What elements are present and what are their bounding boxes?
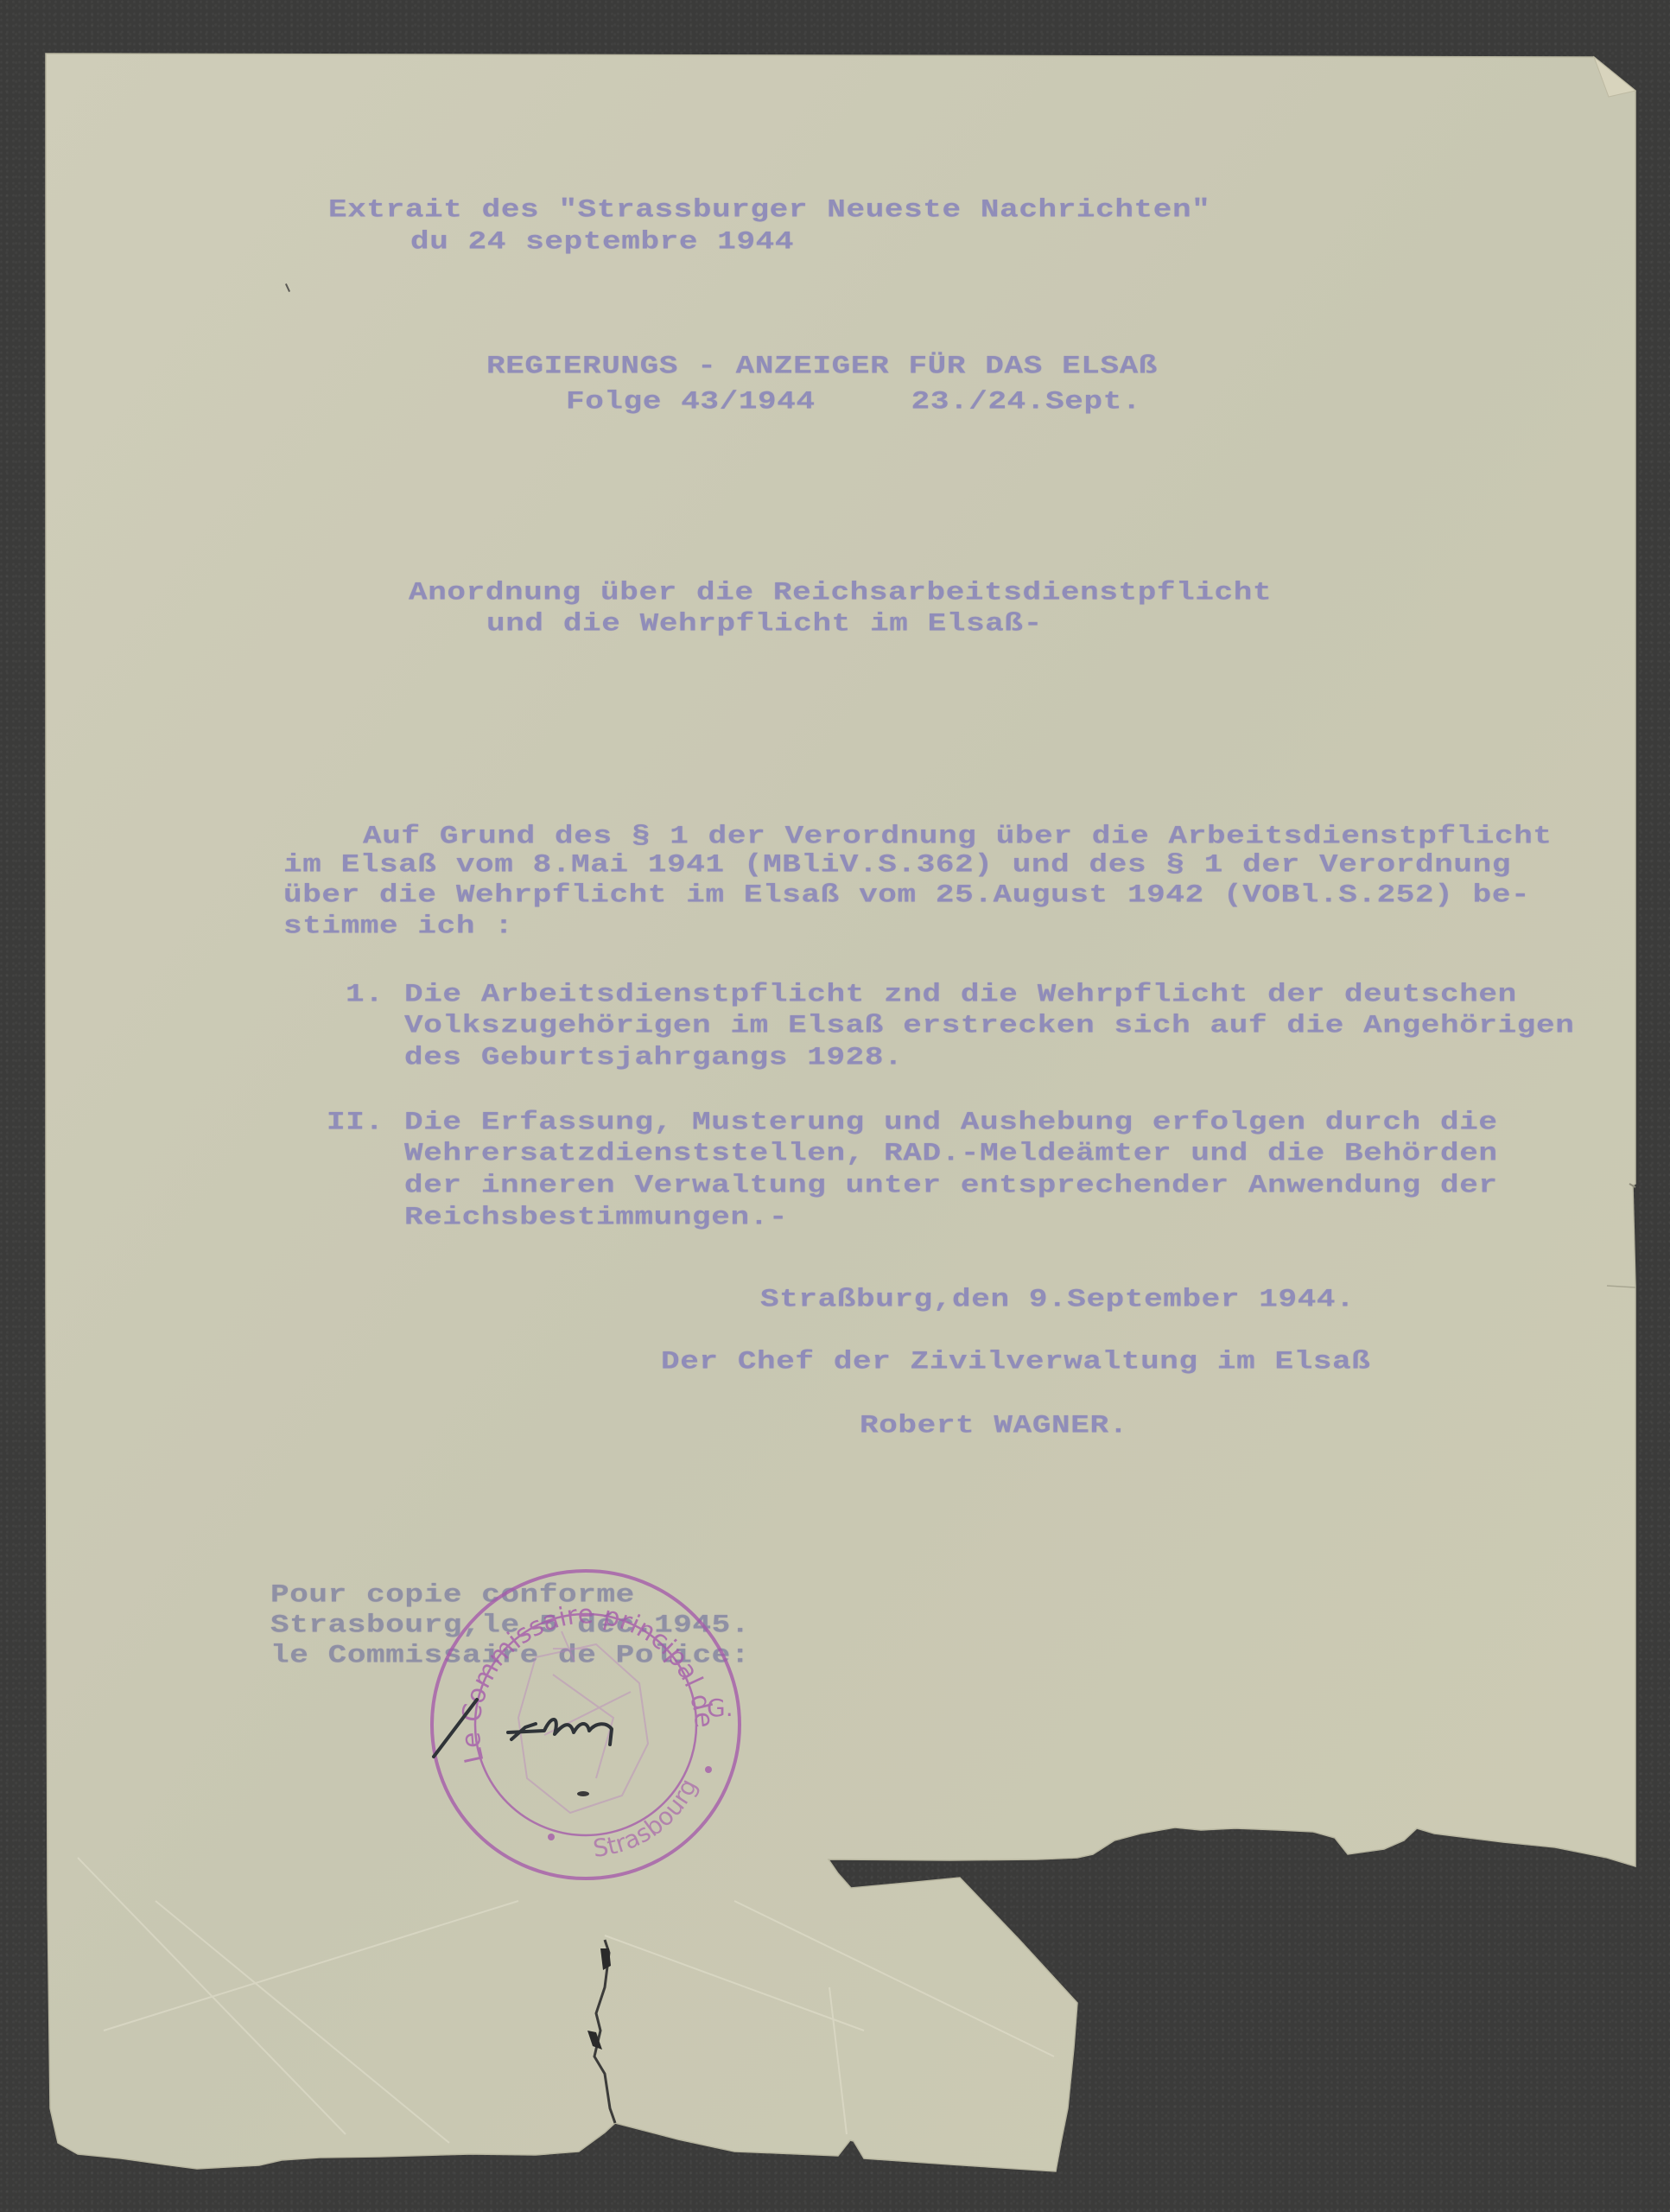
- article-line: Reichsbestimmungen.-: [404, 1205, 788, 1230]
- subject-line-1: Anordnung über die Reichsarbeitsdienstpf…: [409, 580, 1272, 606]
- stamp-text-right: G.: [707, 1694, 733, 1722]
- article-line: Die Erfassung, Musterung und Aushebung e…: [404, 1109, 1498, 1135]
- closing-place-date: Straßburg,den 9.September 1944.: [760, 1287, 1355, 1313]
- article-line: des Geburtsjahrgangs 1928.: [404, 1045, 903, 1071]
- extract-title: Extrait des "Strassburger Neueste Nachri…: [328, 197, 1210, 223]
- signature: [415, 1689, 631, 1767]
- stamp-ink-dot: [577, 1791, 589, 1796]
- preamble-line: stimme ich :: [283, 913, 513, 939]
- article-number: 1.: [346, 982, 384, 1007]
- article-line: Volkszugehörigen im Elsaß erstrecken sic…: [404, 1013, 1574, 1039]
- article-number: II.: [327, 1109, 384, 1135]
- closing-office: Der Chef der Zivilverwaltung im Elsaß: [661, 1349, 1371, 1375]
- svg-text:Strasbourg: Strasbourg: [591, 1774, 702, 1863]
- stamp-text-bottom: Strasbourg: [591, 1774, 702, 1863]
- article-line: Die Arbeitsdienstpflicht znd die Wehrpfl…: [404, 982, 1517, 1007]
- publication-issue: Folge 43/1944 23./24.Sept.: [566, 389, 1141, 415]
- extract-date: du 24 septembre 1944: [410, 229, 794, 255]
- paper-sheet: [0, 0, 1670, 2212]
- preamble-line: im Elsaß vom 8.Mai 1941 (MBliV.S.362) un…: [283, 852, 1511, 878]
- subject-line-2: und die Wehrpflicht im Elsaß-: [486, 611, 1043, 637]
- article-line: der inneren Verwaltung unter entsprechen…: [404, 1173, 1498, 1198]
- article-line: Wehrersatzdienststellen, RAD.-Meldeämter…: [404, 1141, 1498, 1166]
- preamble-line: über die Wehrpflicht im Elsaß vom 25.Aug…: [283, 882, 1530, 908]
- preamble-line: Auf Grund des § 1 der Verordnung über di…: [363, 823, 1553, 849]
- publication-title: REGIERUNGS - ANZEIGER FÜR DAS ELSAß: [486, 353, 1158, 379]
- closing-name: Robert WAGNER.: [860, 1413, 1128, 1439]
